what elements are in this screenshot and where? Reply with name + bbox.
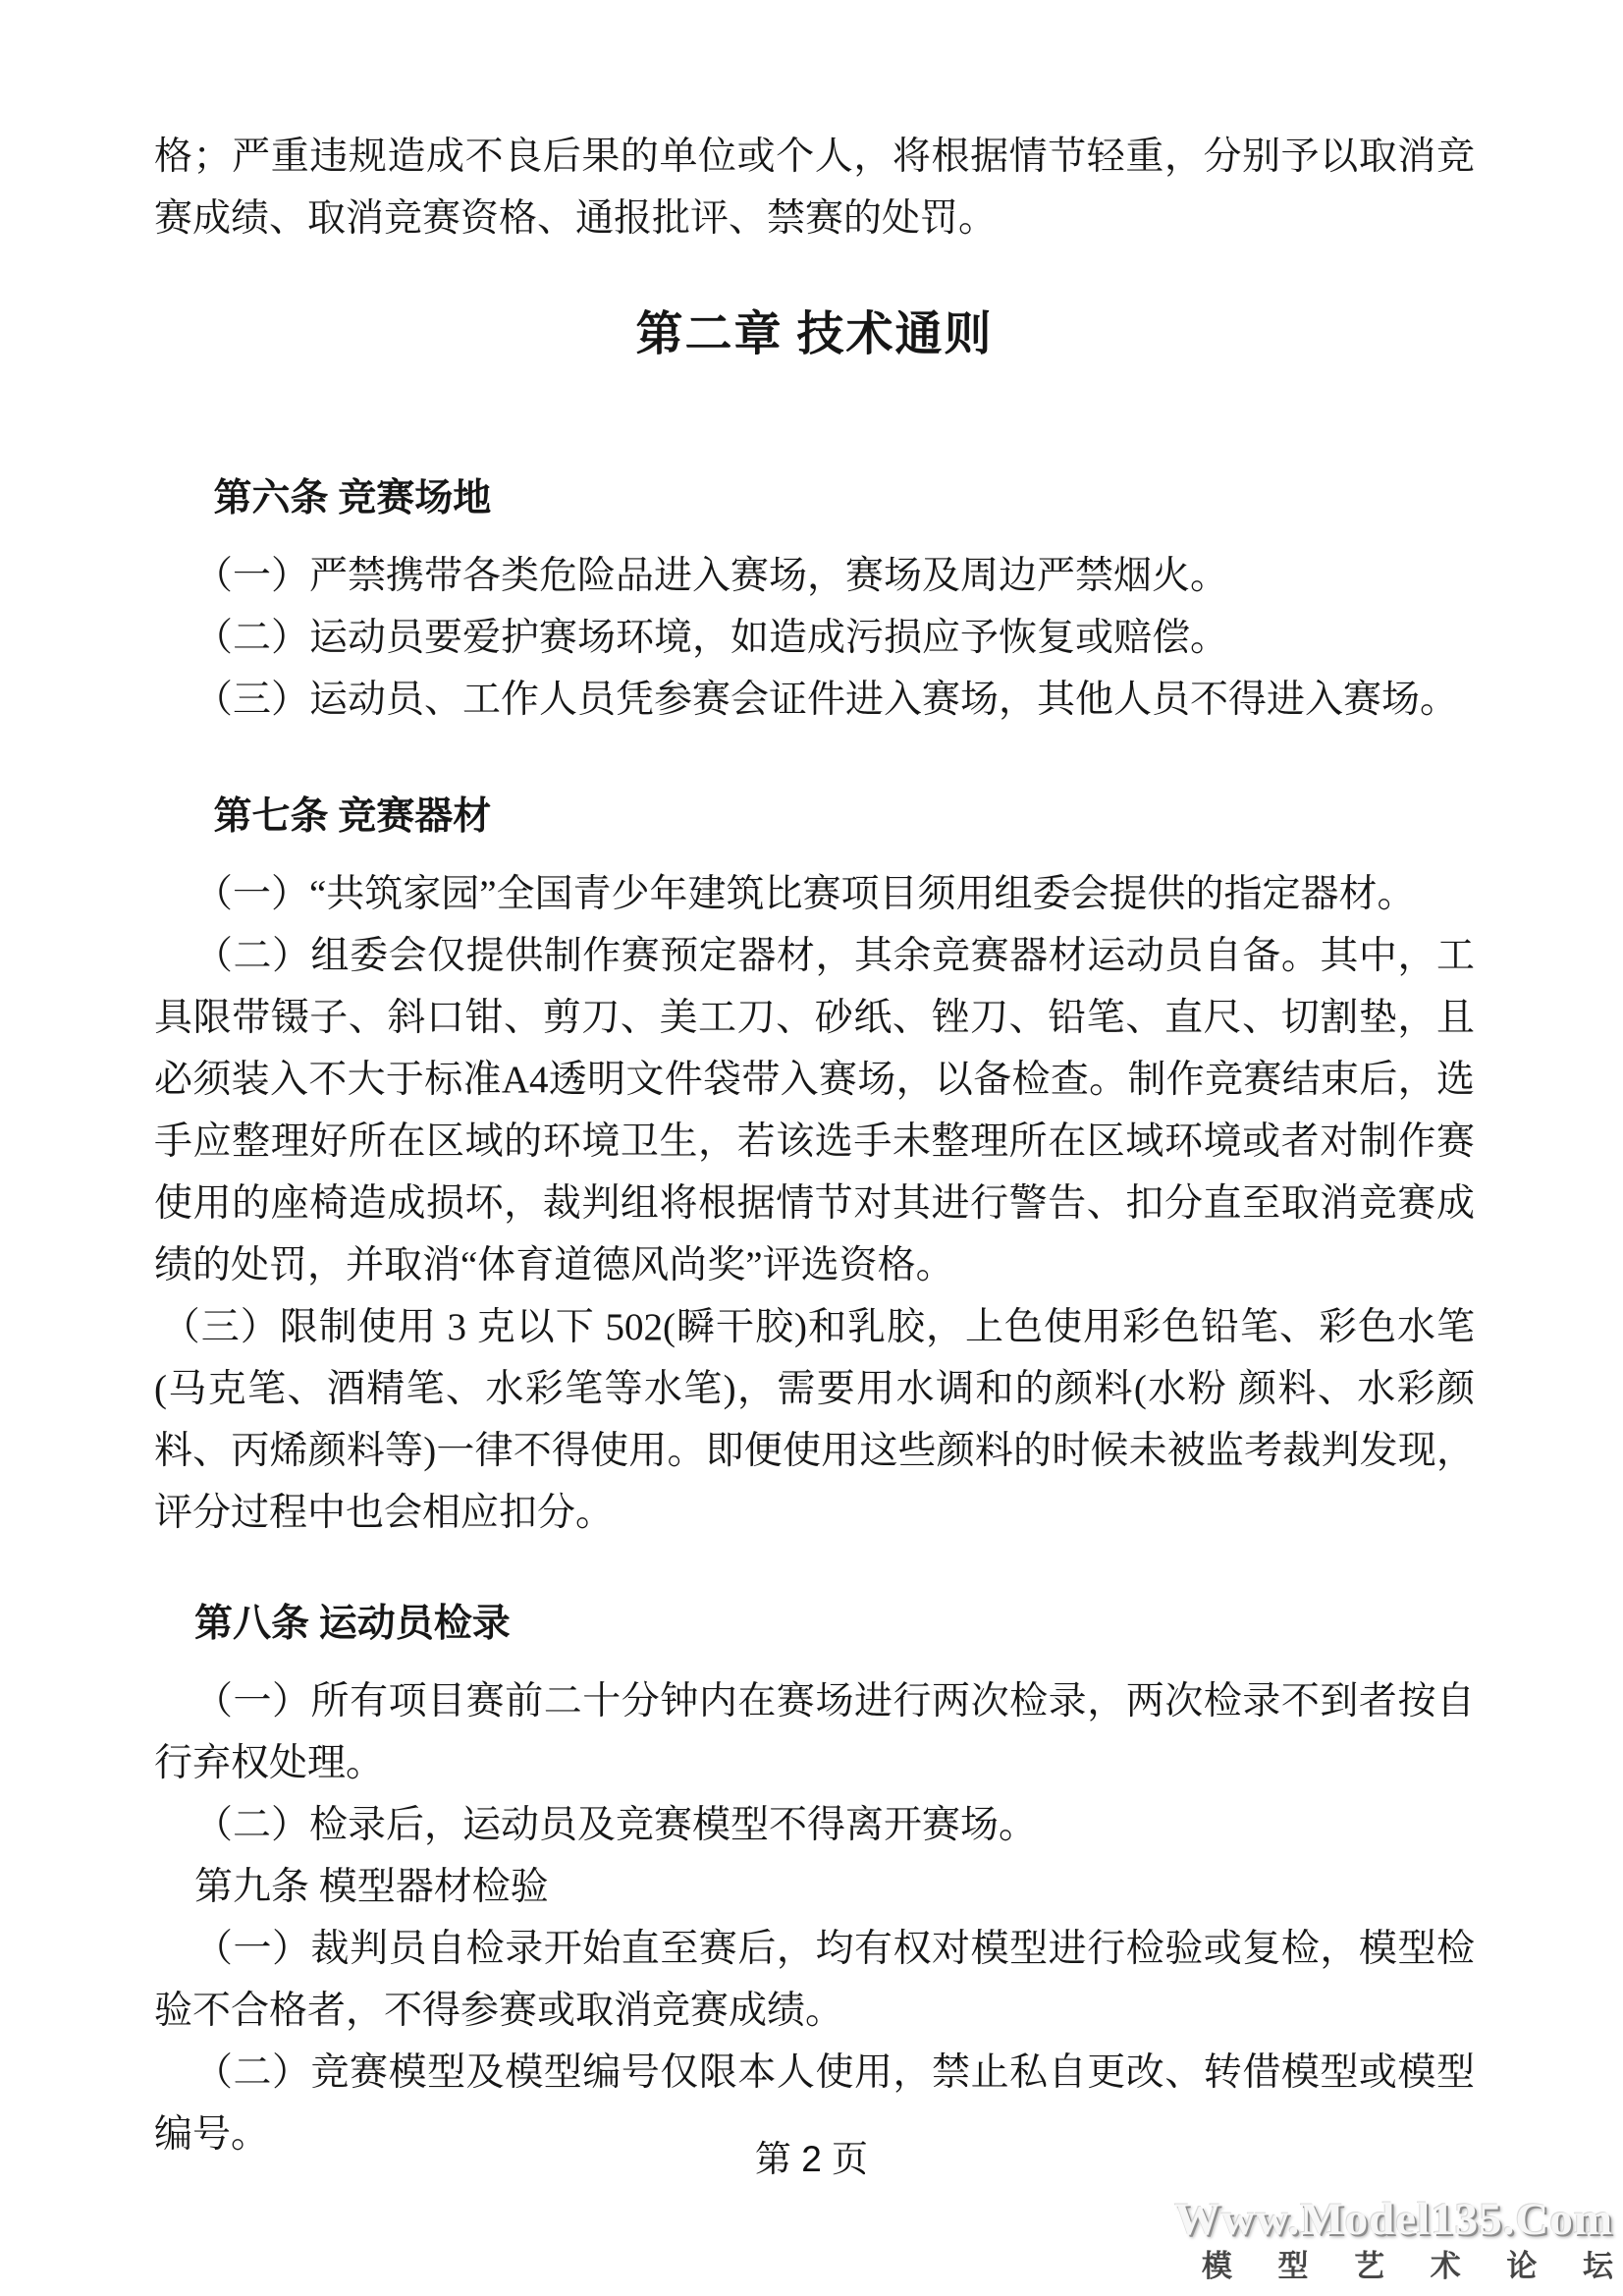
article7-item-2: （二）组委会仅提供制作赛预定器材，其余竞赛器材运动员自备。其中，工具限带镊子、斜… [154, 925, 1475, 1296]
intro-paragraph: 格；严重违规造成不良后果的单位或个人，将根据情节轻重，分别予以取消竞赛成绩、取消… [154, 126, 1475, 249]
article7-heading: 第七条 竞赛器材 [154, 786, 1475, 847]
article7-item-1: （一）“共筑家园”全国青少年建筑比赛项目须用组委会提供的指定器材。 [154, 863, 1475, 925]
article8-item-2: （二）检录后，运动员及竞赛模型不得离开赛场。 [154, 1794, 1475, 1856]
document-content: 格；严重违规造成不良后果的单位或个人，将根据情节轻重，分别予以取消竞赛成绩、取消… [154, 126, 1475, 2165]
article8-heading: 第八条 运动员检录 [154, 1593, 1475, 1655]
chapter-title: 第二章 技术通则 [154, 301, 1475, 369]
watermark: Www.Model135.Com 模 型 艺 术 论 坛 [1174, 2194, 1613, 2286]
page-number: 第 2 页 [755, 2139, 868, 2179]
article9-heading: 第九条 模型器材检验 [154, 1856, 1475, 1918]
article7-item-3: （三）限制使用 3 克以下 502(瞬干胶)和乳胶，上色使用彩色铅笔、彩色水笔(… [154, 1296, 1475, 1544]
article9-item-1: （一）裁判员自检录开始直至赛后，均有权对模型进行检验或复检，模型检验不合格者，不… [154, 1918, 1475, 2042]
article6-item-2: （二）运动员要爱护赛场环境，如造成污损应予恢复或赔偿。 [154, 607, 1475, 669]
document-page: 格；严重违规造成不良后果的单位或个人，将根据情节轻重，分别予以取消竞赛成绩、取消… [0, 0, 1623, 2296]
article6-heading: 第六条 竞赛场地 [154, 467, 1475, 529]
page-footer: 第 2 页 [0, 2129, 1623, 2182]
article8-item-1: （一）所有项目赛前二十分钟内在赛场进行两次检录，两次检录不到者按自行弃权处理。 [154, 1670, 1475, 1794]
article6-item-3: （三）运动员、工作人员凭参赛会证件进入赛场，其他人员不得进入赛场。 [154, 669, 1475, 731]
article6-item-1: （一）严禁携带各类危险品进入赛场，赛场及周边严禁烟火。 [154, 545, 1475, 607]
watermark-site-url: Www.Model135.Com [1174, 2194, 1613, 2245]
watermark-forum-name: 模 型 艺 术 论 坛 [1174, 2247, 1623, 2286]
